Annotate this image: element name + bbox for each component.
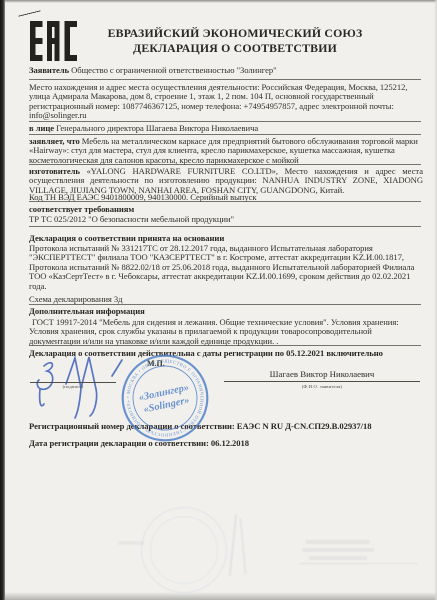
gost-conditions-paragraph: ГОСТ 19917-2014 "Мебель для сидения и ле… xyxy=(29,318,423,346)
bleed-through-signature xyxy=(229,514,237,576)
manufacturer-value: «YALONG HARDWARE FURNITURE CO.LTD», Мест… xyxy=(29,166,423,195)
divider xyxy=(29,121,421,122)
applicant-row: Заявитель Общество с ограниченной ответс… xyxy=(29,66,423,75)
handwritten-signature xyxy=(26,352,126,426)
registration-number-line: Регистрационный номер декларации о соотв… xyxy=(29,422,423,431)
title-line-1: ЕВРАЗИЙСКИЙ ЭКОНОМИЧЕСКИЙ СОЮЗ xyxy=(50,26,420,41)
declarant-name: Шагаев Виктор Николаевич xyxy=(224,369,420,379)
bleed-through-text xyxy=(306,540,370,544)
representative-label: в лице xyxy=(29,123,54,133)
title-line-2: ДЕКЛАРАЦИЯ О СООТВЕТСТВИИ xyxy=(50,41,420,56)
additional-info-heading: Дополнительная информация xyxy=(29,307,423,316)
company-stamp: ОБЩЕСТВО С ОГРАНИЧЕННОЙ ОТВЕТСТВЕННОСТЬЮ… xyxy=(120,353,210,443)
bleed-through-stamp-inner xyxy=(150,516,218,584)
document-title: ЕВРАЗИЙСКИЙ ЭКОНОМИЧЕСКИЙ СОЮЗ ДЕКЛАРАЦИ… xyxy=(50,26,420,55)
divider xyxy=(29,304,421,305)
divider xyxy=(29,134,421,135)
address-paragraph: Место нахождения и адрес места осуществл… xyxy=(29,83,423,120)
representative-value: Генерального директора Шагаева Виктора Н… xyxy=(56,123,258,133)
scan-edge-top xyxy=(0,0,437,3)
bleed-through-stamp xyxy=(141,507,227,593)
complies-heading: соответствует требованиям xyxy=(29,205,423,214)
declaration-scheme-line: Схема декларирования 3д xyxy=(29,295,423,304)
bleed-through-text xyxy=(309,556,367,560)
divider xyxy=(29,201,421,202)
scan-edge-left xyxy=(0,0,5,600)
registration-date-line: Дата регистрации декларации о соответств… xyxy=(29,439,423,448)
declarant-name-caption: (Ф.И.О. заявителя) xyxy=(224,384,420,389)
representative-row: в лице Генерального директора Шагаева Ви… xyxy=(29,124,423,133)
scanned-declaration-page: ЕВРАЗИЙСКИЙ ЭКОНОМИЧЕСКИЙ СОЮЗ ДЕКЛАРАЦИ… xyxy=(0,0,437,600)
scan-edge-bottom xyxy=(0,592,437,600)
test-protocols-paragraph: Протокола испытаний № 331217ТС от 28.12.… xyxy=(29,244,423,291)
product-declaration-paragraph: заявляет, что Мебель на металлическом ка… xyxy=(29,137,423,165)
declares-value: Мебель на металлическом каркасе для пред… xyxy=(29,136,418,165)
signature-line xyxy=(30,382,116,383)
technical-regulation-line: ТР ТС 025/2012 "О безопасности мебельной… xyxy=(29,215,423,224)
basis-heading: Декларация о соответствии принята на осн… xyxy=(29,234,423,243)
bleed-through-signature xyxy=(240,518,247,574)
bleed-through-rule xyxy=(300,563,418,564)
divider xyxy=(29,79,421,80)
bleed-through-text xyxy=(302,548,374,552)
signature-caption: (подпись) xyxy=(30,384,116,389)
declarant-name-line xyxy=(224,381,420,382)
bleed-through-text xyxy=(118,541,144,545)
divider xyxy=(29,345,421,346)
manufacturer-paragraph: изготовитель «YALONG HARDWARE FURNITURE … xyxy=(29,167,423,195)
divider xyxy=(29,226,421,227)
pen-mark-artifact xyxy=(18,10,41,17)
applicant-value: Общество с ограниченной ответственностью… xyxy=(71,65,276,75)
divider xyxy=(29,164,421,165)
applicant-label: Заявитель xyxy=(29,65,69,75)
